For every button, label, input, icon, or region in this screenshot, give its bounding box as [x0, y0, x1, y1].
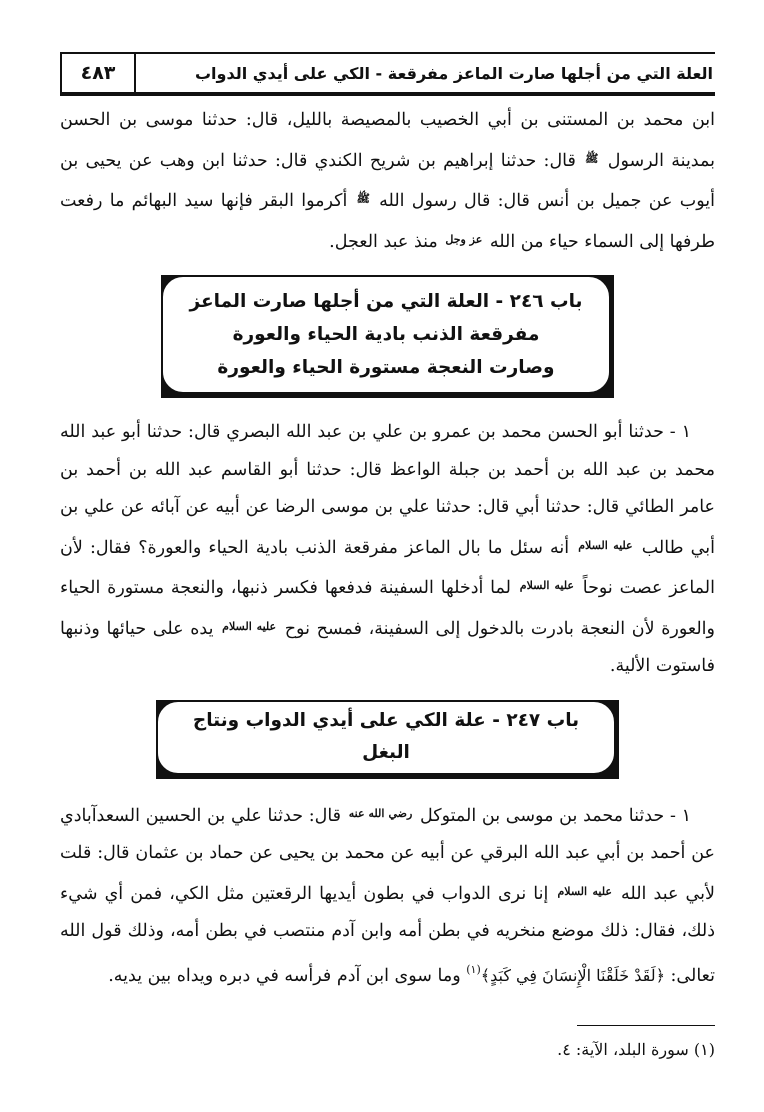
salawat-honorific-icon: ﷺ — [583, 152, 600, 165]
chapter-title-line: باب ٢٤٧ - علة الكي على أيدي الدواب ونتاج… — [168, 705, 604, 769]
book-page: العلة التي من أجلها صارت الماعز مفرقعة -… — [60, 52, 715, 1064]
hadith-text: وما سوى ابن آدم فرأسه في دبره ويداه بين … — [108, 966, 460, 986]
running-header-title: العلة التي من أجلها صارت الماعز مفرقعة -… — [195, 64, 715, 83]
radiyallahu-anhu-honorific-icon: رضي الله عنه — [347, 807, 415, 820]
footnote-reference[interactable]: (١) — [466, 963, 481, 976]
chapter-title-line: وصارت النعجة مستورة الحياء والعورة — [173, 351, 599, 384]
chapter-title-line: باب ٢٤٦ - العلة التي من أجلها صارت الماع… — [173, 285, 599, 318]
chapter-box-frame: باب ٢٤٧ - علة الكي على أيدي الدواب ونتاج… — [156, 700, 619, 779]
chapter-box-frame: باب ٢٤٦ - العلة التي من أجلها صارت الماع… — [161, 275, 614, 398]
running-header: العلة التي من أجلها صارت الماعز مفرقعة -… — [60, 52, 715, 96]
azza-wa-jall-honorific-icon: عز وجل — [443, 233, 484, 246]
footnote: (١) سورة البلد، الآية: ٤. — [60, 1036, 715, 1064]
intro-paragraph: ابن محمد بن المستنى بن أبي الخصيب بالمصي… — [60, 102, 715, 261]
alayhi-salam-honorific-icon: عليه السلام — [576, 539, 634, 552]
hadith-text: ١ - حدثنا محمد بن موسى بن المتوكل — [420, 806, 691, 826]
alayhi-salam-honorific-icon: عليه السلام — [220, 620, 278, 633]
quran-verse: ﴿لَقَدْ خَلَقْنَا الْإِنسَانَ فِي كَبَدٍ… — [481, 966, 665, 985]
chapter-box-inner: باب ٢٤٦ - العلة التي من أجلها صارت الماع… — [161, 275, 611, 394]
chapter-title-line: مفرقعة الذنب بادية الحياء والعورة — [173, 318, 599, 351]
hadith-paragraph-247: ١ - حدثنا محمد بن موسى بن المتوكل رضي ال… — [60, 795, 715, 996]
alayhi-salam-honorific-icon: عليه السلام — [556, 885, 614, 898]
intro-text: منذ عبد العجل. — [329, 232, 438, 252]
alayhi-salam-honorific-icon: عليه السلام — [518, 579, 576, 592]
footnote-divider — [577, 1025, 715, 1026]
chapter-box-inner: باب ٢٤٧ - علة الكي على أيدي الدواب ونتاج… — [156, 700, 616, 775]
hadith-paragraph-246: ١ - حدثنا أبو الحسن محمد بن عمرو بن علي … — [60, 414, 715, 686]
salawat-honorific-icon: ﷺ — [355, 192, 372, 205]
chapter-heading-247: باب ٢٤٧ - علة الكي على أيدي الدواب ونتاج… — [60, 700, 715, 779]
page-number: ٤٨٣ — [60, 52, 136, 92]
chapter-heading-246: باب ٢٤٦ - العلة التي من أجلها صارت الماع… — [60, 275, 715, 398]
